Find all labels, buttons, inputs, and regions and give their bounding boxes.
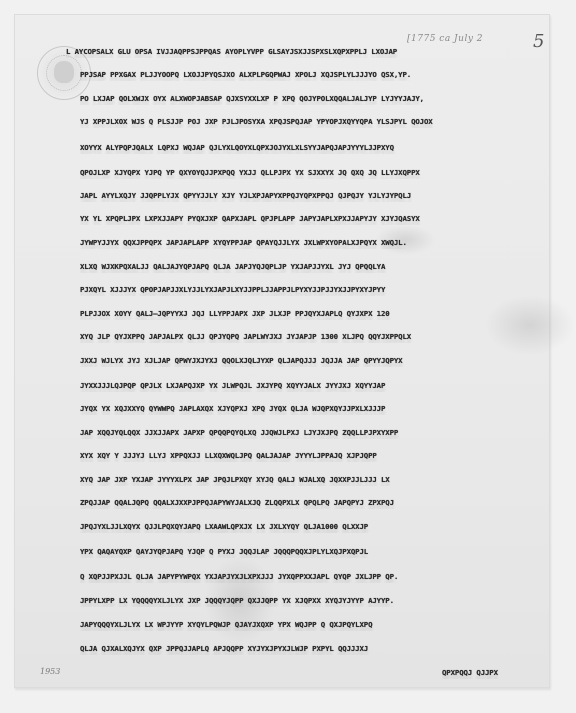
cipher-line: PO LXJAP QOLXWJX OYX ALXWOPJABSAP QJXSYX… <box>80 93 528 105</box>
cipher-line: JPPYLXPP LX YQQQQYXLJLYX JXP JQQQYJQPP Q… <box>80 595 528 607</box>
cipher-line: JPQJYXLJJLXQYX QJJLPQXQYJAPQ LXAAWLQPXJX… <box>80 521 528 533</box>
cipher-line: JYWPYJJYX QQXJPPQPX JAPJAPLAPP XYQYPPJAP… <box>80 237 528 249</box>
page-number: 5 <box>533 31 544 52</box>
cipher-line: XYX XQY Y JJJYJ LLYJ XPPQXJJ LLXQXWQLJPQ… <box>80 450 528 462</box>
cipher-line: JYQX YX XQJXXYQ QYWWPQ JAPLAXQX XJYQPXJ … <box>80 403 528 415</box>
cipher-line: PLPJJOX XOYY QALJ—JQPYYXJ JQJ LLYPPJAPX … <box>80 308 528 320</box>
cipher-line: YPX QAQAYQXP QAYJYQPJAPQ YJQP Q PYXJ JQQ… <box>80 546 528 558</box>
cipher-line: XYQ JLP QYJXPPQ JAPJALPX QLJJ QPJYQPQ JA… <box>80 331 528 343</box>
cipher-line: QPOJLXP XJYQPX YJPQ YP QXYOYQJJPXPQQ YXJ… <box>80 167 528 179</box>
cipher-line: JXXJ WJLYX JYJ XJLJAP QPWYJXJYXJ QQOLXJQ… <box>80 355 528 367</box>
cipher-line: XOYYX ALYPQPJQALX LQPXJ WQJAP QJLYXLQOYX… <box>80 142 528 154</box>
cipher-line: YJ XPPJLXOX WJS Q PLSJJP POJ JXP PJLJPOS… <box>80 116 528 128</box>
cipher-line: JAPL AYYLXQJY JJQPPLYJX QPYYJJLY XJY YJL… <box>80 190 528 202</box>
cipher-line: Q XQPJJPXJJL QLJA JAPYPYWPQX YXJAPJYXJLX… <box>80 571 528 583</box>
cipher-line: XLXQ WJXKPQXALJJ QALJAJYQPJAPQ QLJA JAPJ… <box>80 261 528 273</box>
cipher-line: JAP XQQJYQLQQX JJXJJAPX JAPXP QPQQPQYQLX… <box>80 427 528 439</box>
cipher-line: L AYCOPSALX GLU OPSA IVJJAQPPSJPPQAS AYO… <box>66 46 514 58</box>
cipher-line: ZPQJJAP QQALJQPQ QQALXJXXPJPPQJAPYWYJALX… <box>80 497 528 509</box>
paper-stain <box>485 295 575 355</box>
cipher-line: YX YL XPQPLJPX LXPXJJAPY PYQXJXP QAPXJAP… <box>80 213 528 225</box>
folio-number: 1953 <box>40 667 60 676</box>
cipher-line: XYQ JAP JXP YXJAP JYYYXLPX JAP JPQJLPXQY… <box>80 474 528 486</box>
cipher-line: JAPYQQQYXLJLYX LX WPJYYP XYQYLPQWJP QJAY… <box>80 619 528 631</box>
cipher-closing-line: QPXPQQJ QJJPX <box>442 667 532 679</box>
cipher-line: JYXXJJJLQJPQP QPJLX LXJAPQJXP YX JLWPQJL… <box>80 380 528 392</box>
archival-date-note: [1775 ca July 2 <box>407 34 483 44</box>
eagle-icon <box>54 61 74 83</box>
cipher-line: PJXQYL XJJJYX QPOPJAPJJXLYJJLYXJAPJLXYJJ… <box>80 284 528 296</box>
cipher-line: PPJSAP PPXGAX PLJJYOOPQ LXOJJPYQSJXO ALX… <box>80 69 528 81</box>
cipher-line: QLJA QJXALXQJYX QXP JPPQJJAPLQ APJQQPP X… <box>80 643 528 655</box>
